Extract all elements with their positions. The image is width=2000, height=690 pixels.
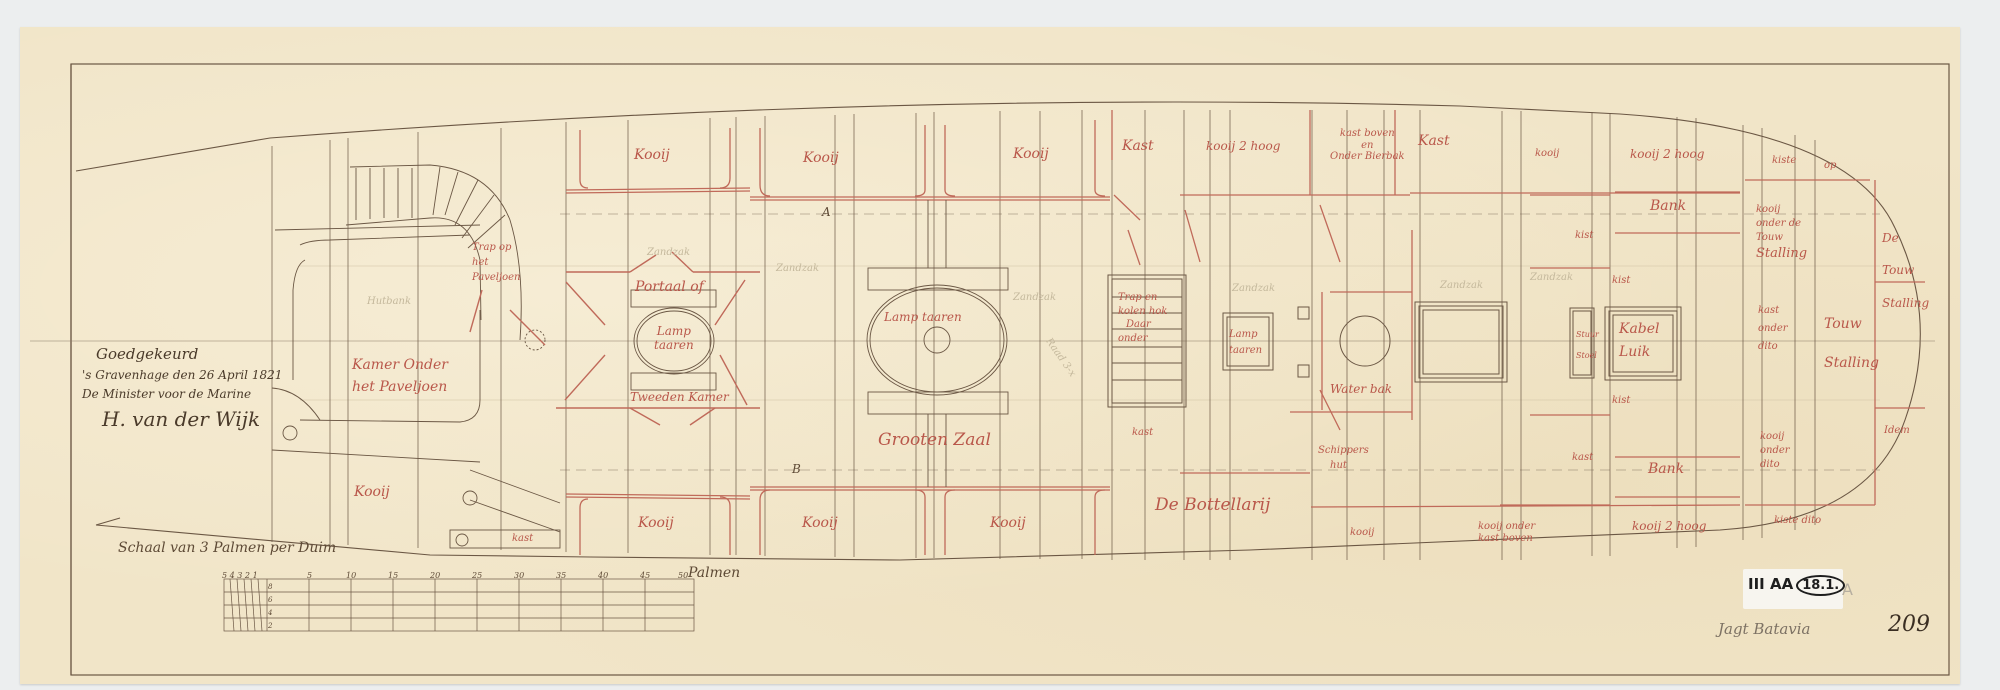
label-kist-1: kist (1575, 230, 1593, 242)
label-kooij-2-hoog-top-a: kooij 2 hoog (1206, 140, 1280, 154)
label-touw-stalling-mid: TouwStalling (1824, 305, 1879, 383)
coal-hatch-stairs (1108, 195, 1681, 430)
label-kooi-stern: Kooij (354, 484, 390, 500)
label-kooi-top-3: Kooij (1013, 146, 1049, 162)
label-lamp-taaren-mid: Lamptaaren (1229, 327, 1262, 359)
label-kooi-onder-dito: kooijonderdito (1760, 430, 1790, 472)
label-bank-top: Bank (1650, 198, 1686, 214)
label-kiste: kiste (1772, 155, 1796, 167)
pencil-note: Zandzak (1530, 272, 1573, 284)
label-trap-kolen-hok: Trap enkolen hokDaaronder (1118, 291, 1167, 345)
label-grooten-zaal: Grooten Zaal (878, 431, 991, 451)
scale-tick: 50 (678, 571, 688, 580)
scale-tick: 45 (640, 571, 650, 580)
label-kist-2: kist (1612, 275, 1630, 287)
section-marker-a: A (822, 206, 831, 220)
label-kooi-onder-kast-boven: kooij onderkast boven (1478, 521, 1535, 544)
label-lamp-taaren-grand: Lamp taaren (884, 311, 962, 325)
scale-tick: 35 (556, 571, 566, 580)
shelf-mark-ghost: A (1842, 580, 1853, 599)
label-kast-boven-bierbak: kast bovenenOnder Bierbak (1330, 128, 1405, 163)
label-kast-top-b: Kast (1418, 133, 1450, 149)
label-kist-3: kist (1612, 395, 1630, 407)
deck-plan-drawing (0, 0, 2000, 690)
approval-line-2: 's Gravenhage den 26 April 1821 (82, 366, 282, 385)
pencil-note: Zandzak (647, 247, 690, 259)
label-stuur-stoel: StuurStoel (1576, 325, 1599, 367)
scale-row-label: 8 (268, 583, 272, 591)
label-trap-paveljoen: Trap op het Paveljoen (472, 240, 522, 285)
label-kast-top: Kast (1122, 138, 1154, 154)
scale-tick: 20 (430, 571, 440, 580)
label-kooij-2-hoog-bottom: kooij 2 hoog (1632, 520, 1706, 534)
scale-tick: 15 (388, 571, 398, 580)
label-idem: Idem (1884, 425, 1910, 437)
label-kast-mid: kast (1132, 427, 1153, 439)
label-kooi-bottom-1: Kooij (638, 515, 674, 531)
label-kooij-2-hoog-top-b: kooij 2 hoog (1630, 148, 1704, 162)
label-hutbank: Hutbank (367, 296, 411, 308)
label-schippers-hut: Schippershut (1318, 443, 1369, 473)
pencil-note: Zandzak (1013, 292, 1056, 304)
scale-tick: 40 (598, 571, 608, 580)
label-water-bak: Water bak (1330, 383, 1392, 397)
pencil-note: Zandzak (776, 263, 819, 275)
label-kooi-onder-touw-stalling: kooijonder deTouwStalling (1756, 203, 1807, 263)
minister-signature: H. van der Wijk (102, 403, 282, 435)
label-kast-onder-dito: kastonderdito (1758, 302, 1788, 356)
label-kiste-dito: kiste dito (1774, 515, 1821, 527)
label-kooi-bottom-3: Kooij (990, 515, 1026, 531)
label-kast-bow: kast (1572, 452, 1593, 464)
label-de-touw-stalling: DeTouwStalling (1882, 222, 1929, 319)
label-kooi-top-2: Kooij (803, 150, 839, 166)
sheet-number: 209 (1888, 612, 1930, 637)
approval-line-1: Goedgekeurd (96, 343, 282, 366)
label-op: op (1824, 160, 1836, 172)
pencil-note: Zandzak (1440, 280, 1483, 292)
label-kooi-bottom-2: Kooij (802, 515, 838, 531)
scale-bar (224, 579, 694, 631)
label-kooi-top-1: Kooij (634, 147, 670, 163)
label-lamp-taaren-small: Lamptaaren (654, 325, 694, 353)
scale-fine-ticks: 5 4 3 2 1 (222, 571, 258, 580)
label-kast-stern: kast (512, 533, 533, 545)
scale-tick: 10 (346, 571, 356, 580)
label-kooi-top-c: kooij (1535, 148, 1559, 160)
section-marker-b: B (792, 463, 801, 477)
approval-line-3: De Minister voor de Marine (82, 385, 282, 404)
label-bank-bottom: Bank (1648, 461, 1684, 477)
scale-title: Schaal van 3 Palmen per Duim (118, 540, 336, 556)
scale-tick: 5 (307, 571, 312, 580)
scale-row-label: 2 (268, 622, 272, 630)
label-kabel-luik: KabelLuik (1619, 318, 1660, 364)
shelf-mark: III AA18.1. (1748, 575, 1845, 596)
approval-inscription: Goedgekeurd 's Gravenhage den 26 April 1… (82, 343, 282, 435)
pencil-note: Zandzak (1232, 283, 1275, 295)
label-kooi-mid-bottom: kooij (1350, 527, 1374, 539)
label-kamer-onder-paveljoen: Kamer Onderhet Paveljoen (352, 354, 448, 399)
label-bottellarij: De Bottellarij (1155, 496, 1270, 516)
scale-tick: 30 (514, 571, 524, 580)
scale-row-label: 6 (268, 596, 272, 604)
scale-tick: 25 (472, 571, 482, 580)
ship-name: Jagt Batavia (1718, 620, 1811, 638)
label-tweeden-kamer: Tweeden Kamer (630, 391, 729, 405)
scale-unit: Palmen (688, 565, 740, 581)
scale-row-label: 4 (268, 609, 272, 617)
label-portaal: Portaal of (635, 279, 704, 295)
